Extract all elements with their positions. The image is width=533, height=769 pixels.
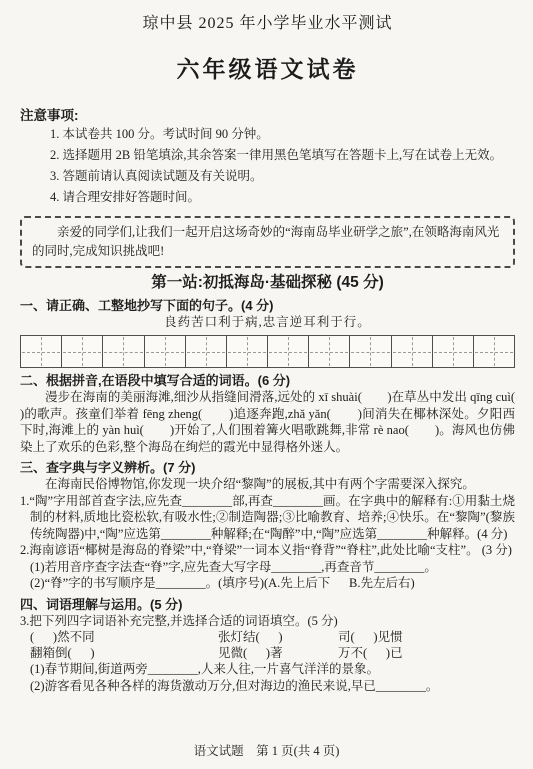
- station-heading: 第一站:初抵海岛·基础探秘 (45 分): [20, 273, 515, 293]
- section-three-heading: 三、查字典与字义辨析。(7 分): [20, 459, 515, 476]
- grid-cell: [309, 336, 350, 367]
- grid-cell: [392, 336, 433, 367]
- exam-paper-page: 琼中县 2025 年小学毕业水平测试 六年级语文试卷 注意事项: 1. 本试卷共…: [0, 0, 533, 769]
- idiom-blank: 司( )见惯: [338, 629, 403, 645]
- idiom-blank: 翻箱倒( ): [30, 645, 218, 661]
- grid-cell: [350, 336, 391, 367]
- note-item: 2. 选择题用 2B 铅笔填涂,其余答案一律用黑色笔填写在答题卡上,写在试卷上无…: [50, 145, 515, 166]
- idiom-row: ( )然不同 张灯结( ) 司( )见惯: [30, 629, 515, 645]
- question-1: 1.“陶”字用部首查字法,应先查________部,再查________画。在字…: [20, 493, 515, 543]
- note-item: 4. 请合理安排好答题时间。: [50, 187, 515, 208]
- section-three-intro: 在海南民俗博物馆,你发现一块介绍“黎陶”的展板,其中有两个字需要深入探究。: [20, 476, 515, 493]
- grid-cell: [103, 336, 144, 367]
- grid-cell: [62, 336, 103, 367]
- idiom-row: 翻箱倒( ) 见微( )著 万不( )已: [30, 645, 515, 661]
- section-one-heading: 一、请正确、工整地抄写下面的句子。(4 分): [20, 297, 515, 314]
- welcome-box: 亲爱的同学们,让我们一起开启这场奇妙的“海南岛毕业研学之旅”,在领略海南风光的同…: [20, 216, 515, 268]
- question-3-sub2: (2)游客看见各种各样的海货激动万分,但对海边的渔民来说,早已________。: [30, 678, 515, 695]
- welcome-text: 亲爱的同学们,让我们一起开启这场奇妙的“海南岛毕业研学之旅”,在领略海南风光的同…: [32, 223, 503, 261]
- note-item: 3. 答题前请认真阅读试题及有关说明。: [50, 166, 515, 187]
- pinyin-paragraph: 漫步在海南的美丽海滩,细沙从指缝间滑落,远处的 xī shuài( )在草丛中发…: [20, 389, 515, 455]
- question-2-sub2: (2)“脊”字的书写顺序是________。(填序号)(A.先上后下 B.先左后…: [30, 575, 515, 592]
- page-footer: 语文试题 第 1 页(共 4 页): [0, 741, 533, 759]
- grid-cell: [433, 336, 474, 367]
- question-3-sub1: (1)春节期间,街道两旁________,人来人往,一片喜气洋洋的景象。: [30, 661, 515, 678]
- idiom-blank: ( )然不同: [30, 629, 218, 645]
- question-2-sub1: (1)若用音序查字法查“脊”字,应先查大写字母________,再查音节____…: [30, 559, 515, 576]
- idiom-blank: 见微( )著: [218, 645, 338, 661]
- idiom-blank: 万不( )已: [338, 645, 403, 661]
- notes-section: 注意事项: 1. 本试卷共 100 分。考试时间 90 分钟。 2. 选择题用 …: [20, 104, 515, 208]
- section-four: 四、词语理解与运用。(5 分) 3.把下列四字词语补充完整,并选择合适的词语填空…: [20, 596, 515, 695]
- exam-title: 六年级语文试卷: [20, 51, 515, 84]
- note-item: 1. 本试卷共 100 分。考试时间 90 分钟。: [50, 124, 515, 145]
- copy-sentence: 良药苦口利于病,忠言逆耳利于行。: [20, 314, 515, 331]
- section-one: 一、请正确、工整地抄写下面的句子。(4 分) 良药苦口利于病,忠言逆耳利于行。: [20, 297, 515, 368]
- grid-cell: [474, 336, 514, 367]
- section-three: 三、查字典与字义辨析。(7 分) 在海南民俗博物馆,你发现一块介绍“黎陶”的展板…: [20, 459, 515, 592]
- grid-cell: [21, 336, 62, 367]
- grid-cell: [186, 336, 227, 367]
- copy-grid: [20, 335, 515, 368]
- grid-cell: [268, 336, 309, 367]
- section-two-heading: 二、根据拼音,在语段中填写合适的词语。(6 分): [20, 372, 515, 389]
- page-title: 琼中县 2025 年小学毕业水平测试: [20, 10, 515, 33]
- grid-cell: [227, 336, 268, 367]
- question-3: 3.把下列四字词语补充完整,并选择合适的词语填空。(5 分): [20, 613, 515, 630]
- section-four-heading: 四、词语理解与运用。(5 分): [20, 596, 515, 613]
- question-2: 2.海南谚语“椰树是海岛的脊梁”中,“脊梁”一词本义指“脊背”“脊柱”,此处比喻…: [20, 542, 515, 559]
- notes-heading: 注意事项:: [20, 104, 515, 124]
- section-two: 二、根据拼音,在语段中填写合适的词语。(6 分) 漫步在海南的美丽海滩,细沙从指…: [20, 372, 515, 455]
- idiom-blank: 张灯结( ): [218, 629, 338, 645]
- grid-cell: [145, 336, 186, 367]
